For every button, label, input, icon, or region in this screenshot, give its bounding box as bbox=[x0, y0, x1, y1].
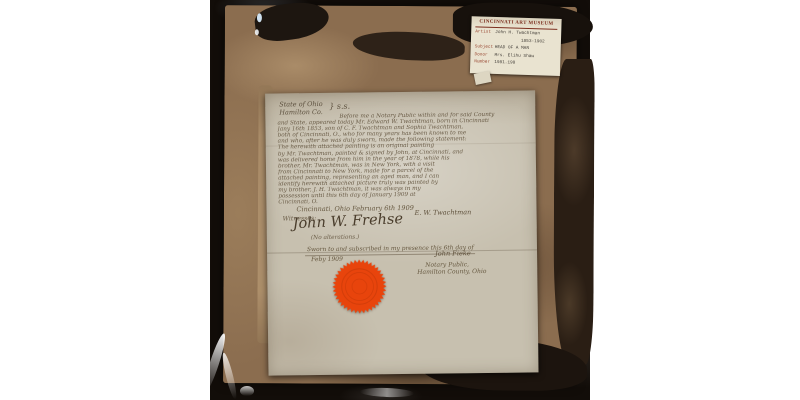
label-field-row: ArtistJohn H. Twachtman bbox=[475, 29, 557, 37]
label-field-value: HEAD OF A MAN bbox=[495, 45, 529, 51]
signature-note: (No alterations.) bbox=[311, 235, 360, 242]
notary-seal-icon bbox=[331, 258, 388, 315]
label-field-value: 1853-1902 bbox=[521, 38, 545, 44]
label-field-row: SubjectHEAD OF A MAN bbox=[475, 45, 557, 53]
backing-board: State of Ohio Hamilton Co. } s.s. Before… bbox=[223, 5, 577, 385]
torn-paper-patch bbox=[352, 30, 465, 62]
tape-glint bbox=[257, 13, 262, 22]
label-fields: ArtistJohn H. Twachtman1853-1902SubjectH… bbox=[474, 29, 557, 67]
affidavit-body: Before me a Notary Public within and for… bbox=[277, 111, 526, 205]
label-field-name: Donor bbox=[474, 52, 494, 58]
page: State of Ohio Hamilton Co. } s.s. Before… bbox=[0, 0, 800, 400]
torn-paper-patch bbox=[253, 0, 331, 44]
affidavit-document: State of Ohio Hamilton Co. } s.s. Before… bbox=[265, 90, 538, 375]
label-field-row: Number1981.198 bbox=[474, 60, 556, 68]
label-field-value: John H. Twachtman bbox=[495, 30, 540, 36]
notary-signature: John Fieke bbox=[435, 249, 471, 257]
label-field-value: Mrs. Elihu Shaw bbox=[494, 53, 534, 59]
label-field-name: Subject bbox=[475, 45, 495, 51]
plastic-sheen bbox=[360, 387, 414, 398]
torn-label-scrap bbox=[474, 71, 492, 85]
label-field-name bbox=[475, 37, 495, 43]
label-field-name: Number bbox=[474, 60, 494, 66]
archival-photo: State of Ohio Hamilton Co. } s.s. Before… bbox=[210, 0, 590, 400]
label-field-row: 1853-1902 bbox=[475, 37, 557, 45]
torn-paper-patch bbox=[553, 59, 595, 365]
plastic-sheen bbox=[240, 386, 254, 396]
witness-signature: E. W. Twachtman bbox=[415, 208, 472, 217]
label-field-name: Artist bbox=[475, 29, 495, 35]
notary-jurisdiction: Hamilton County, Ohio bbox=[417, 268, 486, 276]
ss-mark: } s.s. bbox=[329, 102, 350, 111]
museum-name: CINCINNATI ART MUSEUM bbox=[475, 19, 557, 29]
tape-glint bbox=[255, 29, 259, 35]
museum-label: CINCINNATI ART MUSEUM ArtistJohn H. Twac… bbox=[470, 16, 562, 76]
label-field-row: DonorMrs. Elihu Shaw bbox=[474, 52, 556, 60]
label-field-value: 1981.198 bbox=[494, 60, 515, 66]
